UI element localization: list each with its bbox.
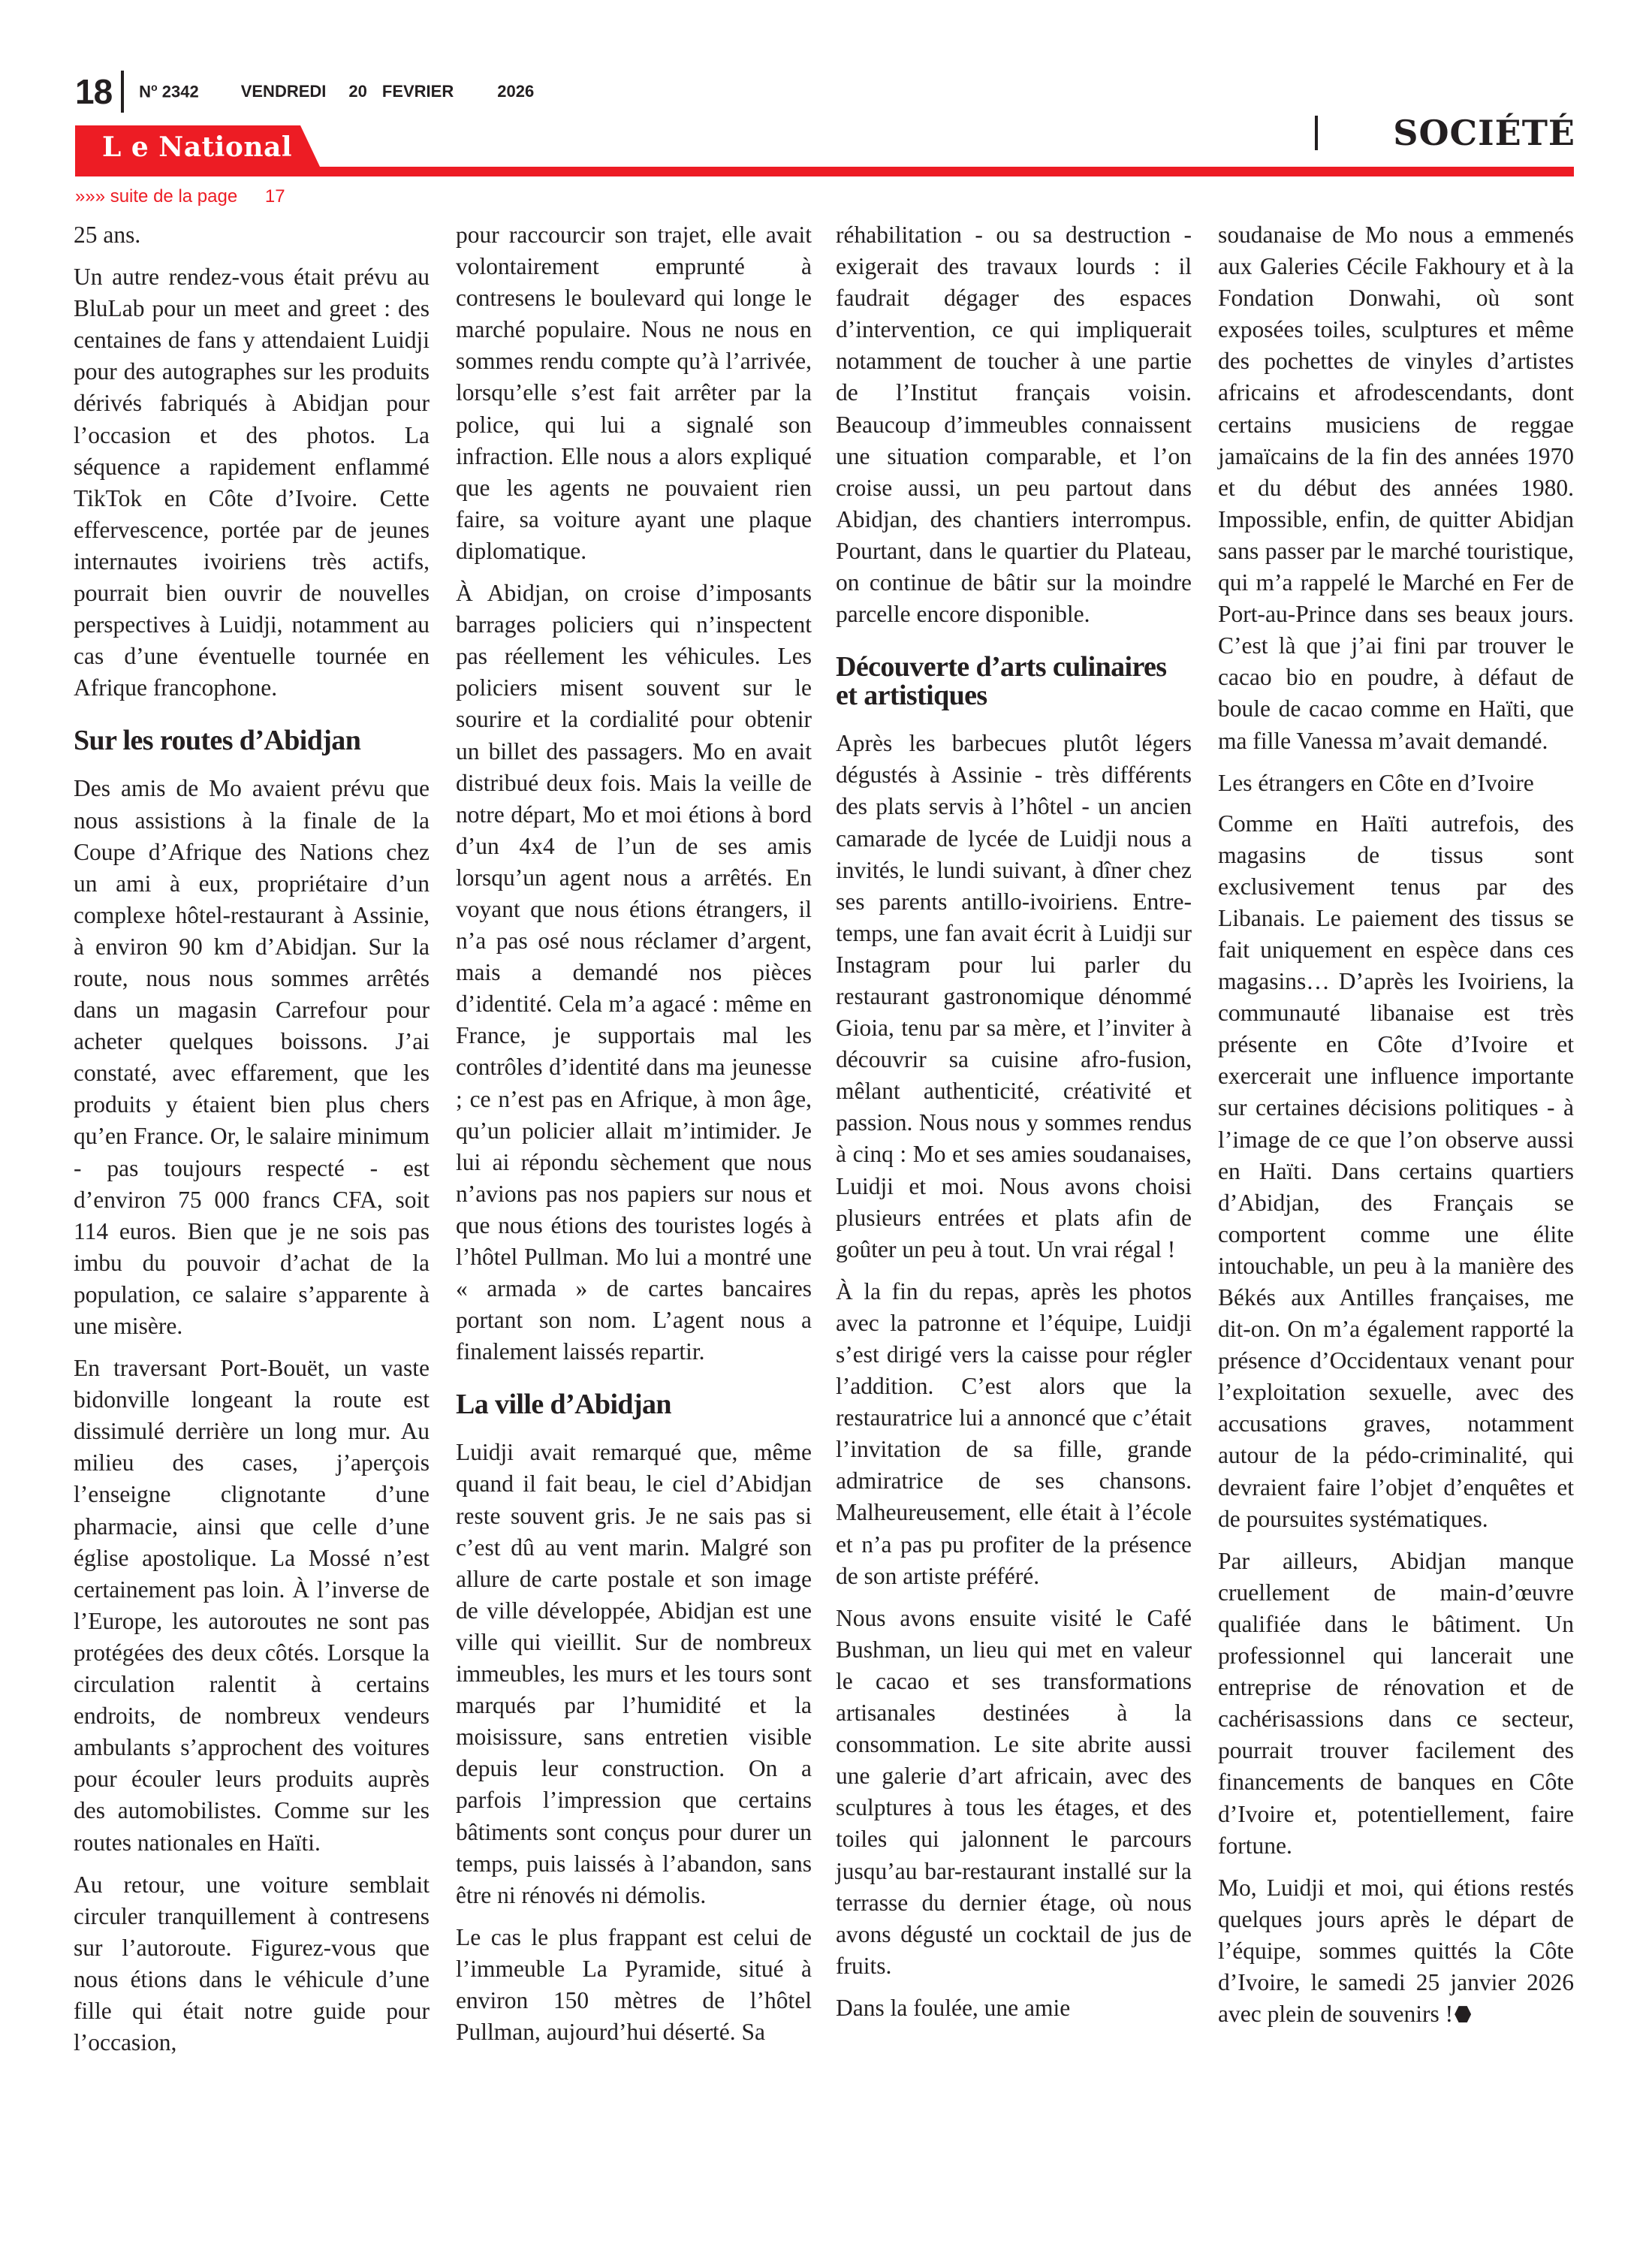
paragraph: soudanaise de Mo nous a emmenés aux Gale… bbox=[1218, 219, 1574, 757]
article-column-1: 25 ans. Un autre rendez-vous était prévu… bbox=[74, 219, 430, 2069]
issue-year: 2026 bbox=[497, 82, 534, 101]
banner-shape bbox=[75, 125, 1574, 176]
paragraph: À la fin du repas, après les photos avec… bbox=[836, 1276, 1192, 1592]
paragraph: pour raccourcir son trajet, elle avait v… bbox=[456, 219, 812, 567]
continued-prefix: »»» suite de la page bbox=[75, 186, 237, 207]
folio-separator bbox=[121, 71, 124, 113]
paragraph: En traversant Port-Bouët, un vaste bidon… bbox=[74, 1353, 430, 1859]
paragraph: Dans la foulée, une amie bbox=[836, 1992, 1192, 2024]
hexagon-end-icon bbox=[1455, 2006, 1471, 2022]
issue-weekday: VENDREDI bbox=[241, 82, 327, 101]
issue-meta: No 2342 VENDREDI 20 FEVRIER 2026 bbox=[139, 81, 534, 101]
paragraph: Le cas le plus frappant est celui de l’i… bbox=[456, 1922, 812, 2048]
paragraph: Luidji avait remarqué que, même quand il… bbox=[456, 1437, 812, 1911]
page-number: 18 bbox=[75, 71, 112, 112]
page-folio: 18 No 2342 VENDREDI 20 FEVRIER 2026 bbox=[75, 69, 534, 114]
paragraph: Par ailleurs, Abidjan manque cruellement… bbox=[1218, 1546, 1574, 1862]
article-column-2: pour raccourcir son trajet, elle avait v… bbox=[456, 219, 812, 2058]
brand-logo: L e National bbox=[102, 131, 292, 163]
section-heading: Découverte d’arts culinaires et artistiq… bbox=[836, 653, 1192, 710]
masthead-banner: L e National bbox=[75, 125, 1574, 176]
paragraph: Comme en Haïti autrefois, des magasins d… bbox=[1218, 808, 1574, 1535]
article-column-3: réhabilitation - ou sa destruction - exi… bbox=[836, 219, 1192, 2034]
paragraph: Des amis de Mo avaient prévu que nous as… bbox=[74, 773, 430, 1342]
section-heading: Sur les routes d’Abidjan bbox=[74, 726, 430, 755]
paragraph: Après les barbecues plutôt légers dégust… bbox=[836, 728, 1192, 1265]
issue-day: 20 bbox=[348, 82, 366, 101]
article-column-4: soudanaise de Mo nous a emmenés aux Gale… bbox=[1218, 219, 1574, 2040]
continued-from[interactable]: »»» suite de la page 17 bbox=[75, 186, 285, 207]
section-heading: La ville d’Abidjan bbox=[456, 1390, 812, 1419]
paragraph: Nous avons ensuite visité le Café Bushma… bbox=[836, 1603, 1192, 1982]
paragraph-text: Mo, Luidji et moi, qui étions restés que… bbox=[1218, 1874, 1574, 2027]
issue-number: No 2342 bbox=[139, 81, 199, 101]
paragraph: Un autre rendez-vous était prévu au BluL… bbox=[74, 261, 430, 704]
subsection-heading: Les étrangers en Côte en d’Ivoire bbox=[1218, 768, 1574, 799]
paragraph: 25 ans. bbox=[74, 219, 430, 251]
continued-page-number: 17 bbox=[265, 186, 285, 207]
final-paragraph: Mo, Luidji et moi, qui étions restés que… bbox=[1218, 1872, 1574, 2030]
paragraph: À Abidjan, on croise d’imposants barrage… bbox=[456, 578, 812, 1368]
paragraph: Au retour, une voiture semblait circuler… bbox=[74, 1869, 430, 2059]
issue-month: FEVRIER bbox=[382, 82, 454, 101]
paragraph: réhabilitation - ou sa destruction - exi… bbox=[836, 219, 1192, 630]
